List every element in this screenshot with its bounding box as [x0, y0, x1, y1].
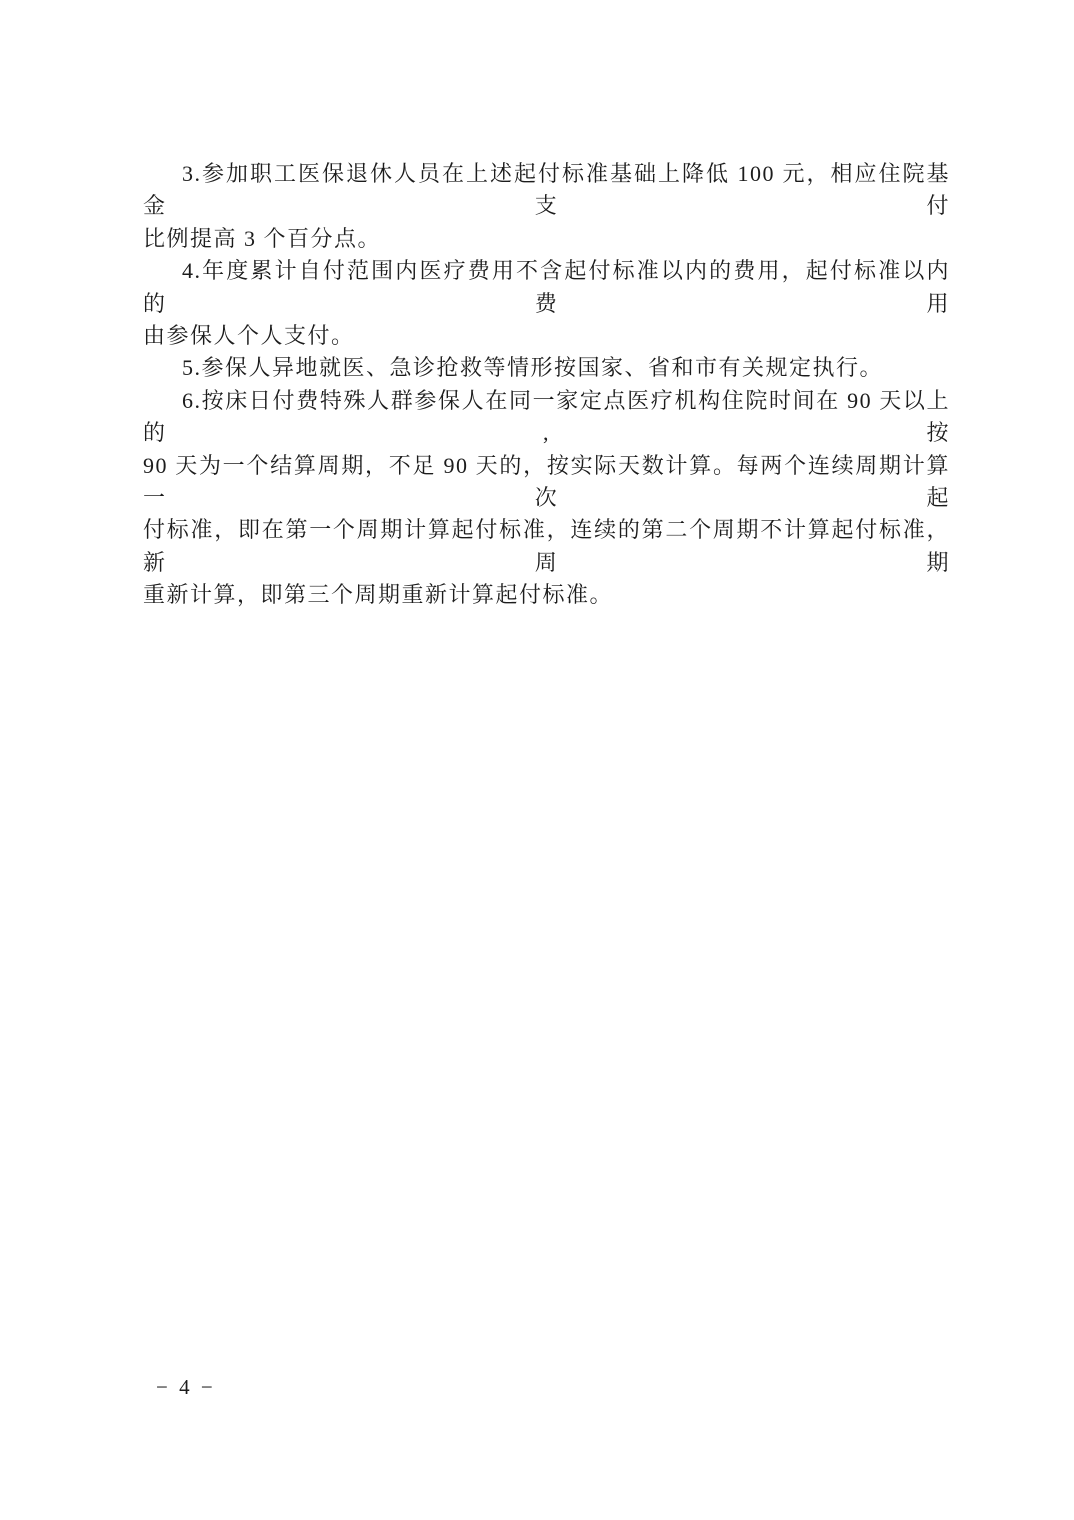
text-line: 6.按床日付费特殊人群参保人在同一家定点医疗机构住院时间在 90 天以上的,按: [143, 385, 950, 450]
paragraph-item-6: 6.按床日付费特殊人群参保人在同一家定点医疗机构住院时间在 90 天以上的,按 …: [143, 385, 950, 612]
text-line: 90 天为一个结算周期，不足 90 天的，按实际天数计算。每两个连续周期计算一次…: [143, 450, 950, 515]
document-body: 3.参加职工医保退休人员在上述起付标准基础上降低 100 元，相应住院基金支付 …: [143, 158, 950, 612]
text-line: 重新计算，即第三个周期重新计算起付标准。: [143, 579, 950, 611]
text-line: 付标准，即在第一个周期计算起付标准，连续的第二个周期不计算起付标准，新周期: [143, 514, 950, 579]
page-number: − 4 −: [156, 1375, 216, 1400]
document-page: 3.参加职工医保退休人员在上述起付标准基础上降低 100 元，相应住院基金支付 …: [0, 0, 1074, 1520]
paragraph-item-3: 3.参加职工医保退休人员在上述起付标准基础上降低 100 元，相应住院基金支付 …: [143, 158, 950, 255]
text-line: 3.参加职工医保退休人员在上述起付标准基础上降低 100 元，相应住院基金支付: [143, 158, 950, 223]
text-line: 由参保人个人支付。: [143, 320, 950, 352]
text-line: 4.年度累计自付范围内医疗费用不含起付标准以内的费用，起付标准以内的费用: [143, 255, 950, 320]
paragraph-item-5: 5.参保人异地就医、急诊抢救等情形按国家、省和市有关规定执行。: [143, 352, 950, 384]
text-line: 5.参保人异地就医、急诊抢救等情形按国家、省和市有关规定执行。: [143, 352, 950, 384]
paragraph-item-4: 4.年度累计自付范围内医疗费用不含起付标准以内的费用，起付标准以内的费用 由参保…: [143, 255, 950, 352]
text-line: 比例提高 3 个百分点。: [143, 223, 950, 255]
